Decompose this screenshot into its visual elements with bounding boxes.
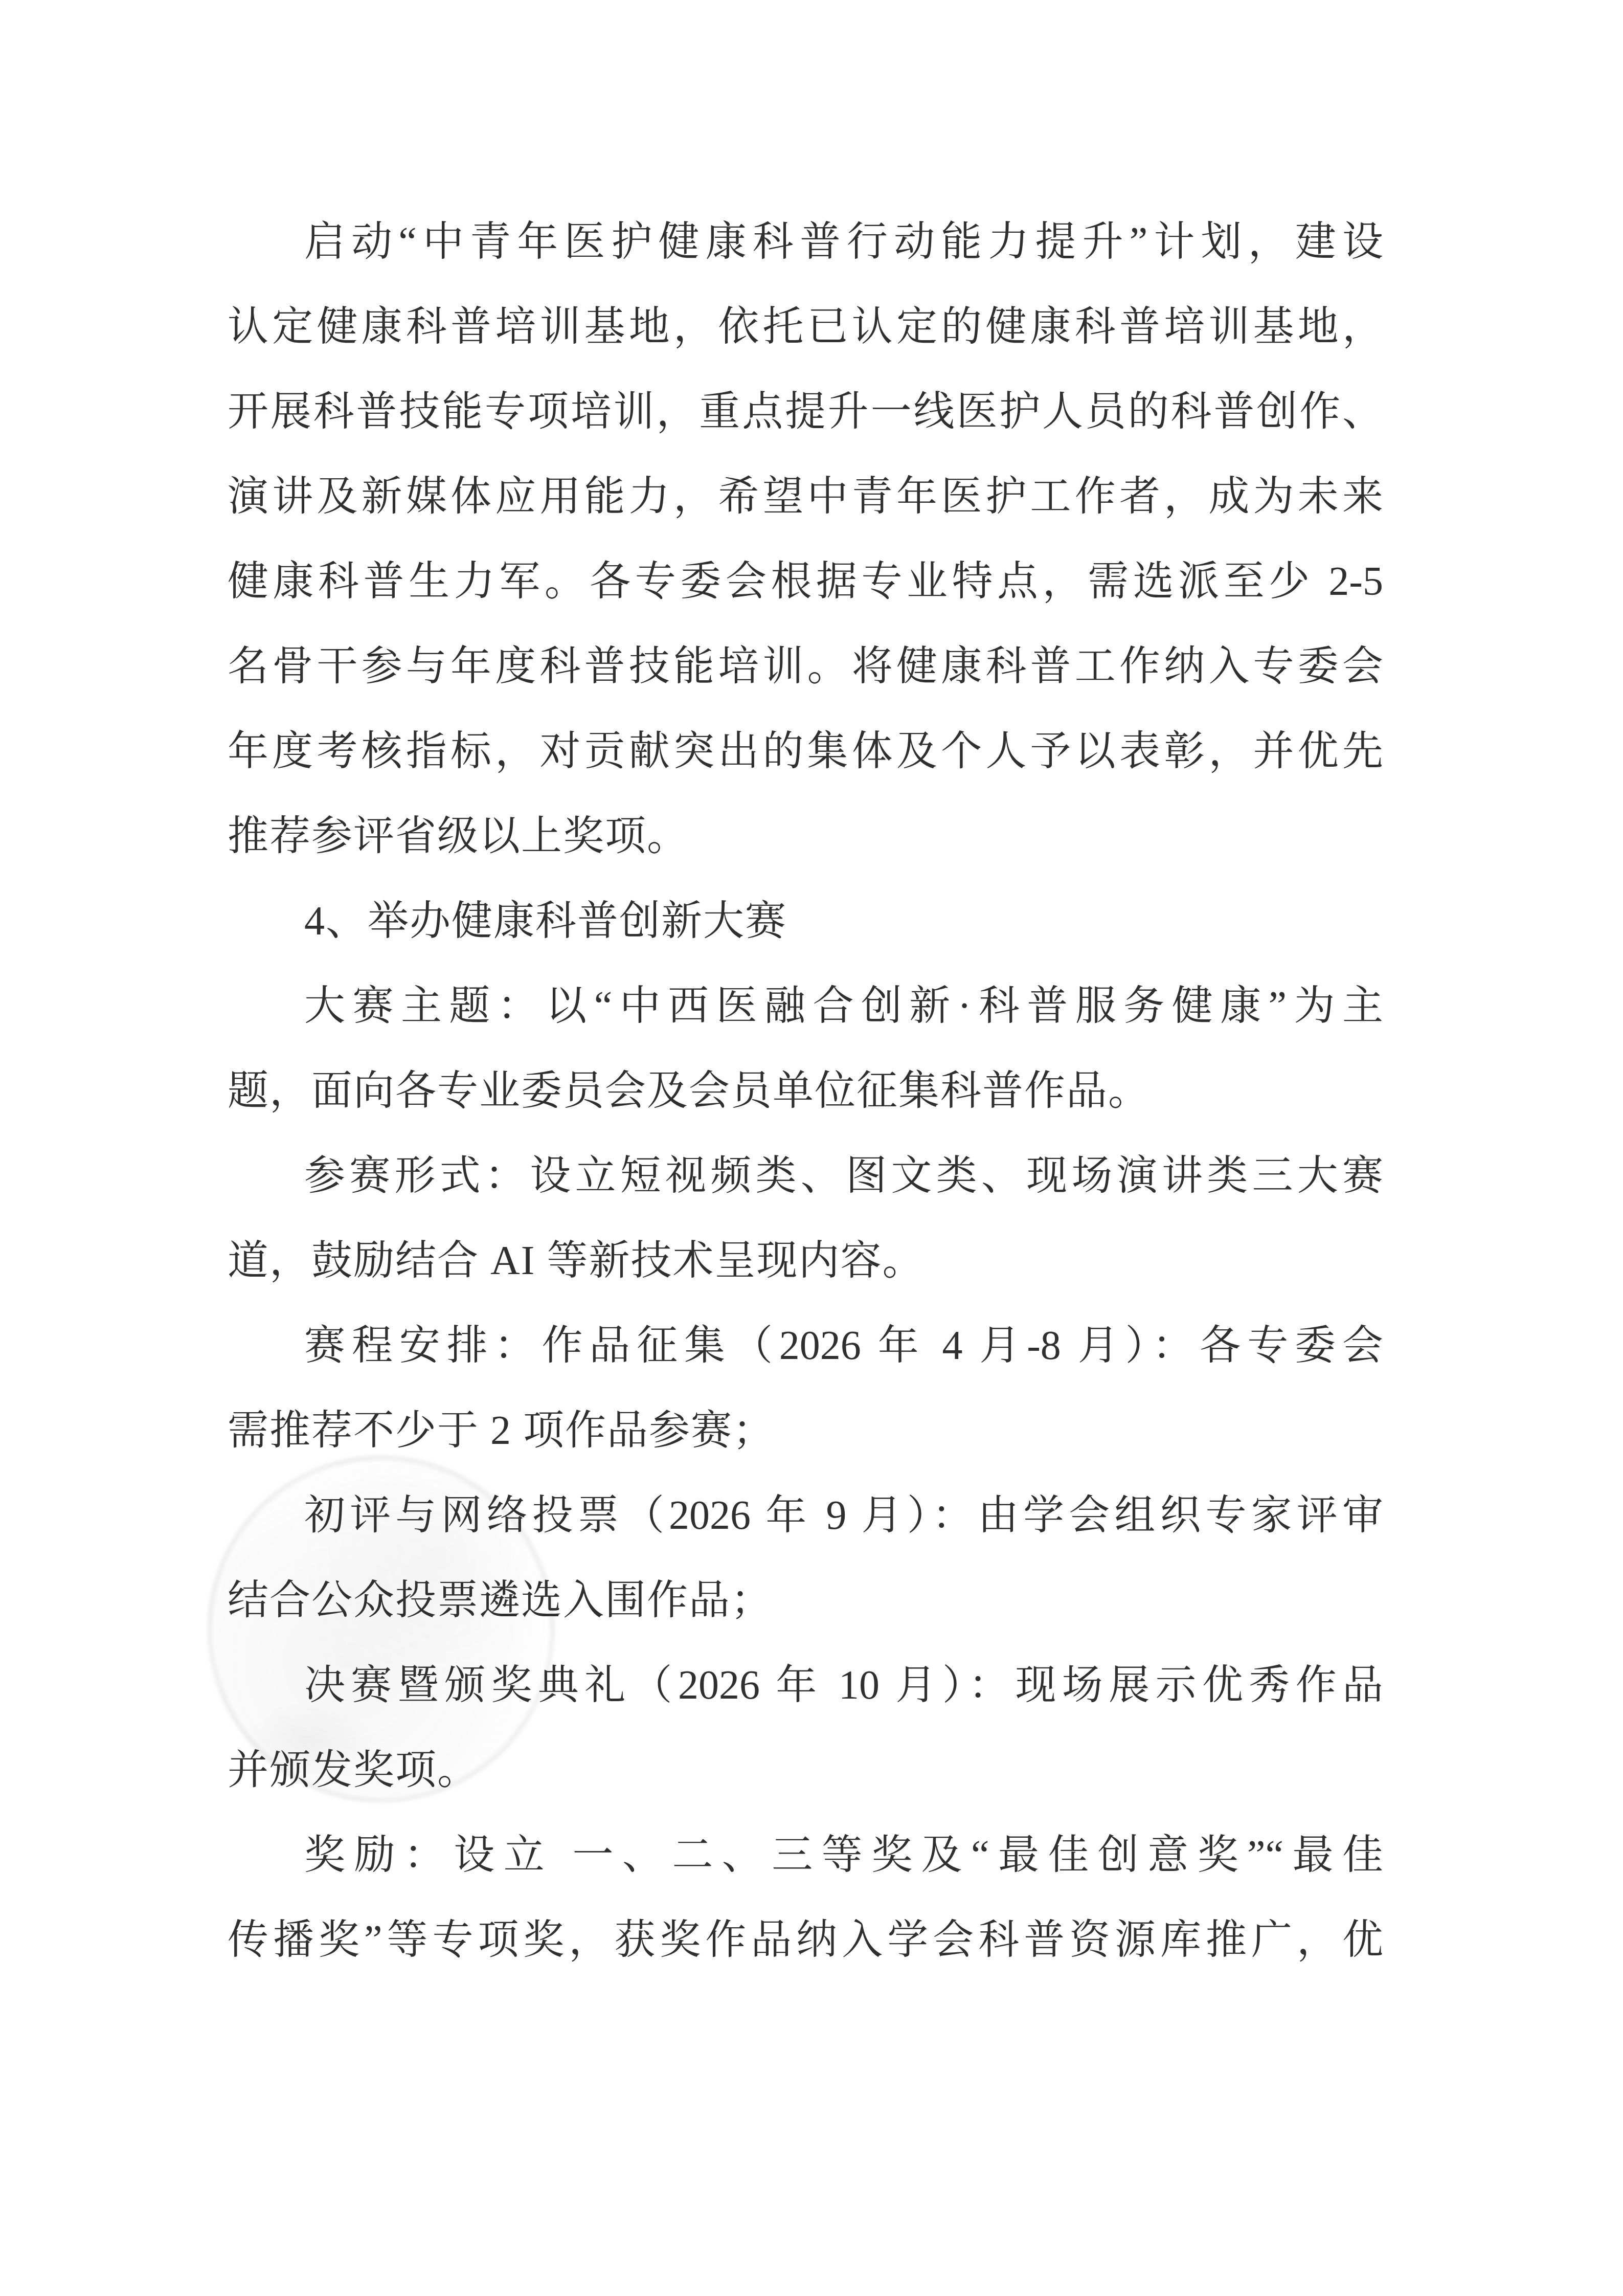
text-line: 开展科普技能专项培训，重点提升一线医护人员的科普创作、 <box>228 369 1383 454</box>
text-line: 赛程安排：作品征集（2026 年 4 月-8 月）：各专委会 <box>228 1303 1383 1388</box>
text-line: 启动“中青年医护健康科普行动能力提升”计划，建设 <box>228 199 1383 284</box>
text-line: 演讲及新媒体应用能力，希望中青年医护工作者，成为未来 <box>228 454 1383 539</box>
text-line: 结合公众投票遴选入围作品； <box>228 1558 1383 1643</box>
text-line: 推荐参评省级以上奖项。 <box>228 794 1383 879</box>
text-line: 健康科普生力军。各专委会根据专业特点，需选派至少 2-5 <box>228 539 1383 624</box>
document-page: 启动“中青年医护健康科普行动能力提升”计划，建设认定健康科普培训基地，依托已认定… <box>0 0 1623 2296</box>
text-line: 道，鼓励结合 AI 等新技术呈现内容。 <box>228 1218 1383 1303</box>
text-line: 认定健康科普培训基地，依托已认定的健康科普培训基地， <box>228 284 1383 369</box>
text-line: 初评与网络投票（2026 年 9 月）：由学会组织专家评审 <box>228 1473 1383 1558</box>
text-line: 需推荐不少于 2 项作品参赛； <box>228 1388 1383 1473</box>
text-line: 名骨干参与年度科普技能培训。将健康科普工作纳入专委会 <box>228 624 1383 709</box>
text-line: 参赛形式：设立短视频类、图文类、现场演讲类三大赛 <box>228 1133 1383 1218</box>
text-line: 决赛暨颁奖典礼（2026 年 10 月）：现场展示优秀作品 <box>228 1643 1383 1728</box>
text-line: 年度考核指标，对贡献突出的集体及个人予以表彰，并优先 <box>228 709 1383 794</box>
text-line: 传播奖”等专项奖，获奖作品纳入学会科普资源库推广，优 <box>228 1898 1383 1982</box>
text-block: 启动“中青年医护健康科普行动能力提升”计划，建设认定健康科普培训基地，依托已认定… <box>228 199 1383 1982</box>
text-line: 题，面向各专业委员会及会员单位征集科普作品。 <box>228 1049 1383 1133</box>
text-line: 并颁发奖项。 <box>228 1728 1383 1813</box>
text-line: 奖励：设立 一、二、三等奖及“最佳创意奖”“最佳 <box>228 1813 1383 1898</box>
text-line: 4、举办健康科普创新大赛 <box>228 879 1383 964</box>
text-line: 大赛主题：以“中西医融合创新·科普服务健康”为主 <box>228 964 1383 1049</box>
